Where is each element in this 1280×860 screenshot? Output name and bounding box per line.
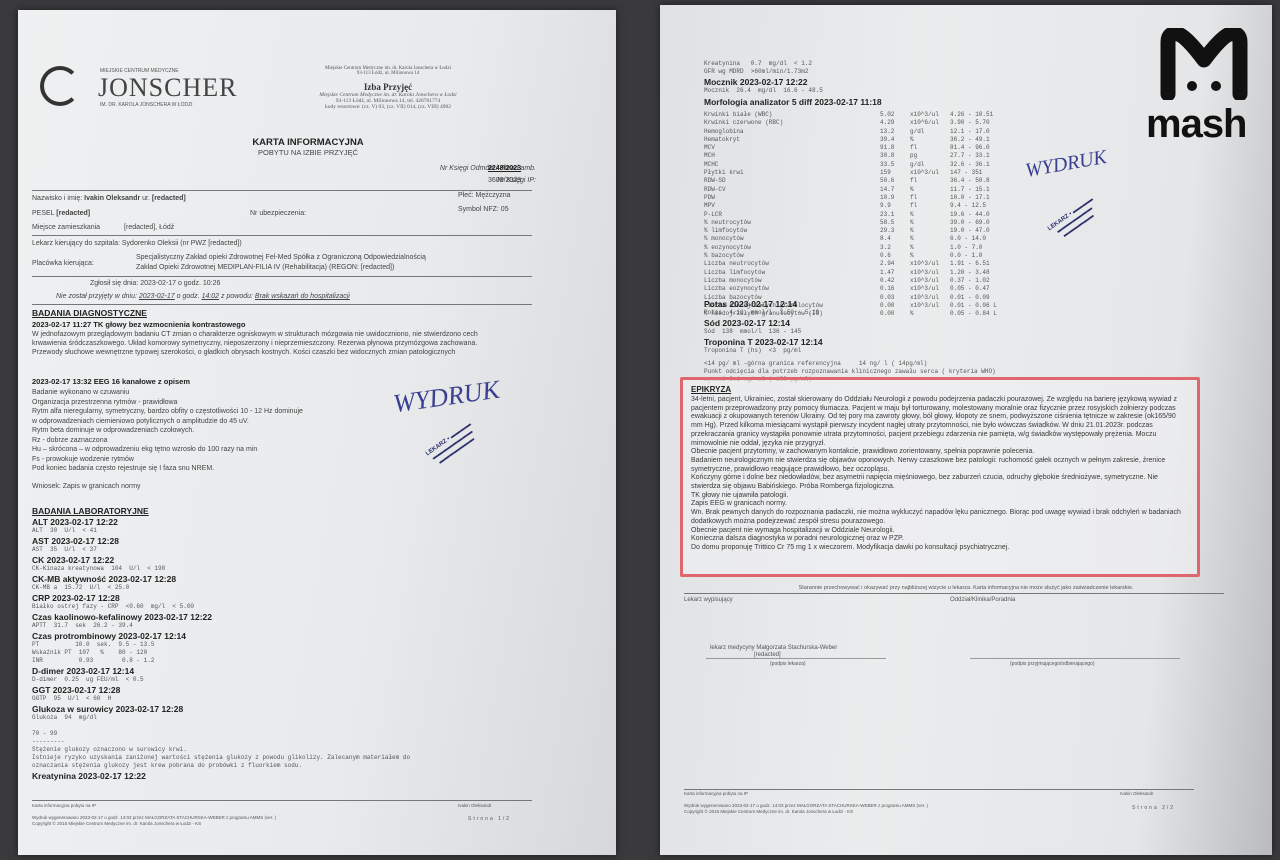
- morphology-cell: Krwinki białe (WBC): [704, 111, 880, 119]
- mash-wordmark: mash: [1146, 102, 1247, 147]
- lab-test: Kreatynina 2023-02-17 12:22: [32, 771, 592, 781]
- ct-description: W jednofazowym przeglądowym badaniu CT z…: [32, 330, 502, 357]
- troponin-title: Troponina T 2023-02-17 12:14: [704, 337, 823, 347]
- receiver-sign-label: (podpis przyjmującego/odbierającego): [1010, 661, 1095, 667]
- morphology-row: RDW-CV14.7%11.7 - 15.1: [704, 186, 1014, 194]
- lab-test-title: Glukoza w surowicy 2023-02-17 12:28: [32, 704, 592, 714]
- morphology-cell: %: [910, 211, 950, 219]
- morphology-cell: 0.6: [880, 252, 910, 260]
- page-number: Strona 2/2: [1132, 805, 1175, 811]
- morphology-cell: fl: [910, 194, 950, 202]
- ct-title: 2023-02-17 11:27 TK głowy bez wzmocnieni…: [32, 320, 245, 329]
- lab-row: [32, 722, 592, 730]
- morphology-cell: 0.01 - 0.09: [950, 294, 1014, 302]
- lab-row: PT 10.0 sek. 9.5 - 13.5: [32, 641, 592, 649]
- creatinine-rows: Kreatynina 0.7 mg/dl < 1.2 GFR wg MDRD >…: [704, 60, 812, 76]
- institution-header: Miejskie Centrum Medyczne im. dr. Karola…: [273, 66, 503, 110]
- epikryza-paragraph: Konieczna dalsza diagnostyka w poradni n…: [691, 535, 1189, 544]
- morphology-cell: 81.4 - 96.0: [950, 144, 1014, 152]
- morphology-cell: Krwinki czerwone (RBC): [704, 119, 880, 127]
- morphology-row: Liczba monocytów0.42x10^3/ul0.37 - 1.02: [704, 277, 1014, 285]
- morphology-cell: Liczba neutrocytów: [704, 260, 880, 268]
- eeg-line: Rytm alfa nieregularny, symetryczny, bar…: [32, 407, 372, 417]
- morphology-cell: 39.4: [880, 136, 910, 144]
- morphology-cell: 0.00: [880, 302, 910, 310]
- morphology-row: Liczba neutrocytów2.94x10^3/ul1.91 - 6.5…: [704, 260, 1014, 268]
- morphology-cell: x10^3/ul: [910, 285, 950, 293]
- eeg-description: Badanie wykonano w czuwaniuOrganizacja p…: [32, 388, 372, 474]
- morphology-cell: PDW: [704, 194, 880, 202]
- address-label: Miejsce zamieszkania: [32, 224, 100, 231]
- discharging-doctor-label: Lekarz wypisujący: [684, 597, 733, 603]
- morphology-cell: 0.42: [880, 277, 910, 285]
- morphology-cell: 0.37 - 1.02: [950, 277, 1014, 285]
- lab-row: AST 35 U/l < 37: [32, 546, 592, 554]
- morphology-cell: RDW-CV: [704, 186, 880, 194]
- morphology-cell: pg: [910, 152, 950, 160]
- institution-line: kody resortowe: (cz. V) 03, (cz. VII) 01…: [273, 104, 503, 110]
- diagnostics-heading: BADANIA DIAGNOSTYCZNE: [32, 308, 147, 318]
- morphology-cell: 39.0 - 69.0: [950, 219, 1014, 227]
- lab-test: D-dimer 2023-02-17 12:14D-dimer 0.25 ug …: [32, 666, 592, 684]
- reason-label: z powodu:: [221, 293, 253, 300]
- morphology-cell: % monocytów: [704, 235, 880, 243]
- morphology-row: P-LCR23.1%19.6 - 44.0: [704, 211, 1014, 219]
- doctor-name: lekarz medycyny Małgorzata Stachurska-We…: [710, 645, 837, 651]
- subtitle-text: POBYTU NA IZBIE PRZYJĘĆ: [208, 148, 408, 157]
- mash-cat-icon: [1158, 28, 1250, 100]
- lab-test-title: Czas protrombinowy 2023-02-17 12:14: [32, 631, 592, 641]
- eeg-line: Fs - prowokuje wodzenie rytmów: [32, 455, 372, 465]
- lab-test: Czas protrombinowy 2023-02-17 12:14PT 10…: [32, 631, 592, 665]
- lab-test: Glukoza w surowicy 2023-02-17 12:28Gluko…: [32, 704, 592, 770]
- sex-value: Mężczyzna: [476, 192, 511, 199]
- not-admitted-row: Nie został przyjęty w dniu: 2023-02-17 o…: [56, 293, 350, 300]
- morphology-cell: 58.5: [880, 219, 910, 227]
- morphology-cell: x10^3/ul: [910, 111, 950, 119]
- sex-row: Płeć: Mężczyzna: [458, 192, 511, 199]
- eeg-line: Rytm beta dominuje w odprowadzeniach czo…: [32, 426, 372, 436]
- nfz-label: Symbol NFZ:: [458, 206, 499, 213]
- lab-row: Białko ostrej fazy - CRP <0.60 mg/l < 5.…: [32, 603, 592, 611]
- logo-bottom-line: IM. DR. KAROLA JONSCHERA W ŁODZI: [100, 102, 193, 108]
- lab-row: ---------: [32, 738, 592, 746]
- lab-row: CK-MB a 15.72 U/l < 25.0: [32, 584, 592, 592]
- morphology-cell: x10^3/ul: [910, 260, 950, 268]
- troponin-row: Troponina T (hs) <3 pg/ml: [704, 347, 801, 355]
- footer-right: Ivakin Oleksandr: [1120, 791, 1154, 796]
- patient-name-label: Nazwisko i imię:: [32, 195, 82, 202]
- lab-test-title: ALT 2023-02-17 12:22: [32, 517, 592, 527]
- pesel-value: [redacted]: [56, 210, 90, 217]
- storage-notice: Starannie przechowywać i okazywać przy n…: [706, 585, 1226, 591]
- morphology-cell: 9.9: [880, 202, 910, 210]
- doctor-sign-label: (podpis lekarza): [770, 661, 806, 667]
- epikryza-body: 34-letni, pacjent, Ukrainiec, został ski…: [691, 396, 1189, 553]
- lab-row: ALT 30 U/l < 41: [32, 527, 592, 535]
- potassium-row: Potas 4.10 mmol/l 3.50 - 5.10: [704, 309, 819, 317]
- lab-test-title: CK-MB aktywność 2023-02-17 12:28: [32, 574, 592, 584]
- morphology-row: Liczba limfocytów1.47x10^3/ul1.20 - 3.48: [704, 269, 1014, 277]
- morphology-cell: % bazocytów: [704, 252, 880, 260]
- hospital-logo: [40, 66, 80, 106]
- epikryza-paragraph: Kończyny górne i dolne bez niedowładów, …: [691, 474, 1189, 491]
- sodium-title: Sód 2023-02-17 12:14: [704, 318, 790, 328]
- lab-row: D-dimer 0.25 ug FEU/ml < 0.5: [32, 676, 592, 684]
- referring-facility-line: Zakład Opieki Zdrowotnej MEDIPLAN-FILIA …: [136, 264, 394, 271]
- not-admitted-label: Nie został przyjęty w dniu:: [56, 293, 137, 300]
- reason-value: Brak wskazań do hospitalizacji: [255, 293, 350, 300]
- handwritten-stamp: WYDRUK: [1024, 146, 1109, 183]
- referring-facility-label: Placówka kierująca:: [32, 260, 94, 267]
- morphology-row: Hemoglobina13.2g/dl12.1 - 17.0: [704, 128, 1014, 136]
- footer-left: Karta informacyjna pobytu na IP: [684, 791, 748, 796]
- lab-row: GGTP 95 U/l < 60 H: [32, 695, 592, 703]
- morphology-cell: %: [910, 244, 950, 252]
- morphology-cell: 0.00: [880, 310, 910, 318]
- dob-value: [redacted]: [152, 195, 186, 202]
- morphology-cell: fl: [910, 144, 950, 152]
- patient-name-value: Ivakin Oleksandr: [84, 195, 140, 202]
- insurance-label: Nr ubezpieczenia:: [250, 210, 306, 217]
- referring-facility-line: Specjalistyczny Zakład opieki Zdrowotnej…: [136, 254, 426, 261]
- sex-label: Płeć:: [458, 192, 474, 199]
- lab-test: AST 2023-02-17 12:28AST 35 U/l < 37: [32, 536, 592, 554]
- lab-row: Stężenie glukozy oznaczono w surowicy kr…: [32, 746, 592, 754]
- morphology-cell: 3.2: [880, 244, 910, 252]
- morphology-cell: 1.47: [880, 269, 910, 277]
- nfz-value: 05: [501, 206, 509, 213]
- epikryza-paragraph: Badaniem neurologicznym nie stwierdza si…: [691, 457, 1189, 474]
- lab-row: Istnieje ryzyko uzyskania zaniżonej wart…: [32, 754, 592, 762]
- morphology-cell: 12.1 - 17.0: [950, 128, 1014, 136]
- labs-heading: BADANIA LABORATORYJNE: [32, 506, 149, 516]
- referring-doctor-label: Lekarz kierujący do szpitala:: [32, 240, 120, 247]
- lab-test: GGT 2023-02-17 12:28GGTP 95 U/l < 60 H: [32, 685, 592, 703]
- lab-row: INR 0.93 0.8 - 1.2: [32, 657, 592, 665]
- lab-row: GFR wg MDRD >60ml/min/1.73m2: [704, 68, 812, 76]
- eeg-line: Rz - dobrze zaznaczona: [32, 436, 372, 446]
- urea-row: Mocznik 26.4 mg/dl 16.6 - 48.5: [704, 87, 823, 95]
- morphology-cell: 5.02: [880, 111, 910, 119]
- morphology-cell: 36.4 - 50.8: [950, 177, 1014, 185]
- epikryza-paragraph: 34-letni, pacjent, Ukrainiec, został ski…: [691, 396, 1189, 448]
- morphology-cell: 19.6 - 44.0: [950, 211, 1014, 219]
- morphology-cell: MCH: [704, 152, 880, 160]
- document-title: KARTA INFORMACYJNA POBYTU NA IZBIE PRZYJ…: [208, 137, 408, 157]
- morphology-cell: %: [910, 235, 950, 243]
- morphology-cell: 9.4 - 12.5: [950, 202, 1014, 210]
- morphology-cell: 27.7 - 33.1: [950, 152, 1014, 160]
- lab-test-title: D-dimer 2023-02-17 12:14: [32, 666, 592, 676]
- morphology-cell: %: [910, 186, 950, 194]
- morphology-row: Krwinki białe (WBC)5.02x10^3/ul4.26 - 10…: [704, 111, 1014, 119]
- title-text: KARTA INFORMACYJNA: [208, 137, 408, 148]
- eeg-line: w odprowadzeniach ciemieniowo potyliczny…: [32, 417, 372, 427]
- morphology-cell: 91.8: [880, 144, 910, 152]
- morphology-cell: 0.05 - 0.47: [950, 285, 1014, 293]
- morphology-cell: 0.01 - 0.06 L: [950, 302, 1014, 310]
- department-label: Oddział/Klinika/Poradnia: [950, 597, 1015, 603]
- footer-line: Wydruk wygenerowano 2023-02-17 o godz. 1…: [32, 815, 276, 820]
- address-value: [redacted], Łódź: [124, 224, 174, 231]
- morphology-cell: 0.16: [880, 285, 910, 293]
- referring-doctor-row: Lekarz kierujący do szpitala: Sydorenko …: [32, 240, 242, 247]
- morphology-cell: 36.2 - 49.1: [950, 136, 1014, 144]
- morphology-cell: x10^3/ul: [910, 269, 950, 277]
- morphology-cell: MCHC: [704, 161, 880, 169]
- morphology-cell: Liczba monocytów: [704, 277, 880, 285]
- sodium-row: Sód 138 mmol/l 136 - 145: [704, 328, 801, 336]
- reported-row: Zgłosił się dnia: 2023-02-17 o godz. 10:…: [90, 280, 220, 287]
- morphology-cell: x10^3/ul: [910, 277, 950, 285]
- footer-line: Copyright © 2015 Miejskie Centrum Medycz…: [684, 809, 853, 814]
- epikryza-highlight-box: EPIKRYZA 34-letni, pacjent, Ukrainiec, z…: [680, 377, 1200, 577]
- morphology-cell: 4.26 - 10.51: [950, 111, 1014, 119]
- morphology-cell: 11.7 - 15.1: [950, 186, 1014, 194]
- morphology-cell: fl: [910, 177, 950, 185]
- eeg-title: 2023-02-17 13:32 EEG 16 kanałowe z opise…: [32, 377, 190, 386]
- morphology-cell: 29.3: [880, 227, 910, 235]
- document-page-1: MIEJSKIE CENTRUM MEDYCZNE JONSCHER IM. D…: [18, 10, 616, 855]
- morphology-cell: 0.05 - 0.84 L: [950, 310, 1014, 318]
- lab-test: Czas kaolinowo-kefalinowy 2023-02-17 12:…: [32, 612, 592, 630]
- lab-test-title: CRP 2023-02-17 12:28: [32, 593, 592, 603]
- morphology-table: Krwinki białe (WBC)5.02x10^3/ul4.26 - 10…: [704, 111, 1014, 318]
- department-name: Izba Przyjęć: [273, 82, 503, 92]
- morphology-cell: RDW-SD: [704, 177, 880, 185]
- epikryza-paragraph: Obecnie pacjent nie wymaga hospitalizacj…: [691, 527, 1189, 536]
- morphology-cell: 4.29: [880, 119, 910, 127]
- morphology-cell: Liczba eozynocytów: [704, 285, 880, 293]
- lab-row: Glukoza 94 mg/dl: [32, 714, 592, 722]
- morphology-cell: 10.0 - 17.1: [950, 194, 1014, 202]
- morphology-cell: 13.2: [880, 128, 910, 136]
- morphology-cell: %: [910, 252, 950, 260]
- lab-test-title: AST 2023-02-17 12:28: [32, 536, 592, 546]
- morphology-row: MCH30.8pg27.7 - 33.1: [704, 152, 1014, 160]
- morphology-row: Płytki krwi159x10^3/ul147 - 351: [704, 169, 1014, 177]
- epikryza-paragraph: Obecnie pacjent przytomny, w zachowanym …: [691, 448, 1189, 457]
- not-admitted-time-label: o godz.: [177, 293, 200, 300]
- registry-book-value: 2248/2023: [488, 165, 521, 172]
- logo-emblem-icon: [40, 66, 80, 106]
- institution-line: 93-113 Łódź, ul. Milionowa 14: [273, 71, 503, 76]
- not-admitted-time: 14:02: [202, 293, 220, 300]
- reported-label: Zgłosił się dnia:: [90, 280, 138, 287]
- morphology-cell: % eozynocytów: [704, 244, 880, 252]
- morphology-cell: 23.1: [880, 211, 910, 219]
- footer-line: Wydruk wygenerowano 2023-02-17 o godz. 1…: [684, 803, 928, 808]
- morphology-cell: 8.4: [880, 235, 910, 243]
- morphology-cell: %: [910, 136, 950, 144]
- epikryza-heading: EPIKRYZA: [691, 385, 1189, 394]
- eeg-line: Organizacja przestrzenna rytmów - prawid…: [32, 398, 372, 408]
- morphology-row: Liczba eozynocytów0.16x10^3/ul0.05 - 0.4…: [704, 285, 1014, 293]
- morphology-row: MPV9.9fl9.4 - 12.5: [704, 202, 1014, 210]
- lab-row: Wskaźnik PT 107 % 80 - 120: [32, 649, 592, 657]
- lab-test-title: Czas kaolinowo-kefalinowy 2023-02-17 12:…: [32, 612, 592, 622]
- morphology-row: Hematokryt39.4%36.2 - 49.1: [704, 136, 1014, 144]
- morphology-cell: g/dl: [910, 161, 950, 169]
- morphology-row: RDW-SD50.6fl36.4 - 50.8: [704, 177, 1014, 185]
- lab-test: CK 2023-02-17 12:22CK-Kinaza kreatynowa …: [32, 555, 592, 573]
- not-admitted-date: 2023-02-17: [139, 293, 175, 300]
- doctor-stamp: LEKARZ • ▬▬▬▬▬▬▬▬▬▬▬▬▬▬▬▬▬: [1028, 183, 1122, 258]
- morphology-cell: 1.0 - 7.0: [950, 244, 1014, 252]
- morphology-cell: 19.0 - 47.0: [950, 227, 1014, 235]
- morphology-cell: 10.9: [880, 194, 910, 202]
- morphology-cell: %: [910, 310, 950, 318]
- lab-test: ALT 2023-02-17 12:22ALT 30 U/l < 41: [32, 517, 592, 535]
- potassium-title: Potas 2023-02-17 12:14: [704, 299, 797, 309]
- insurance-row: Nr ubezpieczenia:: [250, 210, 306, 217]
- dob-label: ur.: [142, 195, 150, 202]
- morphology-row: MCV91.8fl81.4 - 96.0: [704, 144, 1014, 152]
- eeg-line: Badanie wykonano w czuwaniu: [32, 388, 372, 398]
- epikryza-paragraph: Wn. Brak pewnych danych do rozpoznania p…: [691, 509, 1189, 526]
- morphology-row: % monocytów8.4%6.0 - 14.0: [704, 235, 1014, 243]
- lab-row: oznaczania stężenia glukozy jest krew po…: [32, 762, 592, 770]
- morphology-cell: g/dl: [910, 128, 950, 136]
- morphology-row: Krwinki czerwone (RBC)4.29x10^6/ul3.90 -…: [704, 119, 1014, 127]
- lab-row: APTT 31.7 sek 26.2 - 39.4: [32, 622, 592, 630]
- lab-results: ALT 2023-02-17 12:22ALT 30 U/l < 41AST 2…: [32, 517, 592, 782]
- reported-value: 2023-02-17 o godz. 10:26: [140, 280, 220, 287]
- nfz-row: Symbol NFZ: 05: [458, 206, 509, 213]
- morphology-cell: MCV: [704, 144, 880, 152]
- footer-left: Karta informacyjna pobytu na IP: [32, 803, 96, 808]
- morphology-row: % eozynocytów3.2%1.0 - 7.0: [704, 244, 1014, 252]
- morphology-row: % bazocytów0.6%0.0 - 1.0: [704, 252, 1014, 260]
- morphology-title: Morfologia analizator 5 diff 2023-02-17 …: [704, 97, 882, 107]
- registry-ip-value: 3608/2023: [488, 177, 521, 184]
- morphology-cell: 30.8: [880, 152, 910, 160]
- referring-doctor-value: Sydorenko Oleksii (nr PWZ [redacted]): [122, 240, 242, 247]
- morphology-cell: x10^3/ul: [910, 294, 950, 302]
- patient-name-row: Nazwisko i imię: Ivakin Oleksandr ur. [r…: [32, 195, 186, 202]
- lab-test-title: GGT 2023-02-17 12:28: [32, 685, 592, 695]
- morphology-cell: 2.94: [880, 260, 910, 268]
- troponin-note: <14 pg/ ml -górna granica referencyjna 1…: [704, 360, 996, 368]
- morphology-row: % limfocytów29.3%19.0 - 47.0: [704, 227, 1014, 235]
- morphology-cell: P-LCR: [704, 211, 880, 219]
- morphology-row: MCHC33.5g/dl32.6 - 36.1: [704, 161, 1014, 169]
- morphology-cell: 50.6: [880, 177, 910, 185]
- morphology-cell: 3.90 - 5.70: [950, 119, 1014, 127]
- epikryza-paragraph: Do domu proponuję Trittico Cr 75 mg 1 x …: [691, 544, 1189, 553]
- morphology-cell: 1.20 - 3.48: [950, 269, 1014, 277]
- logo-name: JONSCHER: [98, 73, 237, 103]
- morphology-cell: 33.5: [880, 161, 910, 169]
- morphology-cell: Płytki krwi: [704, 169, 880, 177]
- lab-row: CK-Kinaza kreatynowa 104 U/l < 190: [32, 565, 592, 573]
- eeg-conclusion: Wniosek: Zapis w granicach normy: [32, 483, 141, 490]
- morphology-cell: Hematokryt: [704, 136, 880, 144]
- morphology-cell: 14.7: [880, 186, 910, 194]
- morphology-cell: %: [910, 227, 950, 235]
- lab-test-title: CK 2023-02-17 12:22: [32, 555, 592, 565]
- morphology-cell: MPV: [704, 202, 880, 210]
- eeg-line: Pod koniec badania często rejestruje się…: [32, 464, 372, 474]
- morphology-cell: 0.0 - 1.0: [950, 252, 1014, 260]
- urea-title: Mocznik 2023-02-17 12:22: [704, 77, 807, 87]
- lab-test: CK-MB aktywność 2023-02-17 12:28CK-MB a …: [32, 574, 592, 592]
- lab-test: CRP 2023-02-17 12:28Białko ostrej fazy -…: [32, 593, 592, 611]
- morphology-cell: Hemoglobina: [704, 128, 880, 136]
- morphology-cell: 147 - 351: [950, 169, 1014, 177]
- morphology-cell: % neutrocytów: [704, 219, 880, 227]
- epikryza-paragraph: Zapis EEG w granicach normy.: [691, 500, 1189, 509]
- morphology-cell: %: [910, 219, 950, 227]
- morphology-cell: x10^3/ul: [910, 169, 950, 177]
- lab-test-title: Kreatynina 2023-02-17 12:22: [32, 771, 592, 781]
- morphology-row: % neutrocytów58.5%39.0 - 69.0: [704, 219, 1014, 227]
- morphology-row: PDW10.9fl10.0 - 17.1: [704, 194, 1014, 202]
- morphology-cell: 1.91 - 6.51: [950, 260, 1014, 268]
- morphology-cell: fl: [910, 202, 950, 210]
- lab-row: 70 - 99: [32, 730, 592, 738]
- footer-line: Copyright © 2015 Miejskie Centrum Medycz…: [32, 821, 201, 826]
- troponin-note: Punkt odcięcia dla potrzeb rozpoznawania…: [704, 368, 996, 376]
- pesel-row: PESEL [redacted]: [32, 210, 90, 217]
- lab-row: Kreatynina 0.7 mg/dl < 1.2: [704, 60, 812, 68]
- address-row: Miejsce zamieszkania [redacted], Łódź: [32, 224, 174, 231]
- morphology-cell: 32.6 - 36.1: [950, 161, 1014, 169]
- epikryza-paragraph: TK głowy nie ujawniła patologii.: [691, 492, 1189, 501]
- morphology-cell: 0.03: [880, 294, 910, 302]
- eeg-line: Hu – skrócona – w odprowadzeniu ekg tętn…: [32, 445, 372, 455]
- footer-right: Ivakin Oleksandr: [458, 803, 492, 808]
- morphology-cell: 6.0 - 14.0: [950, 235, 1014, 243]
- morphology-cell: Liczba limfocytów: [704, 269, 880, 277]
- morphology-cell: x10^3/ul: [910, 302, 950, 310]
- morphology-cell: % limfocytów: [704, 227, 880, 235]
- pesel-label: PESEL: [32, 210, 54, 217]
- page-number: Strona 1/2: [468, 816, 511, 822]
- morphology-cell: x10^6/ul: [910, 119, 950, 127]
- morphology-cell: 159: [880, 169, 910, 177]
- mash-watermark-logo: mash: [1146, 28, 1258, 146]
